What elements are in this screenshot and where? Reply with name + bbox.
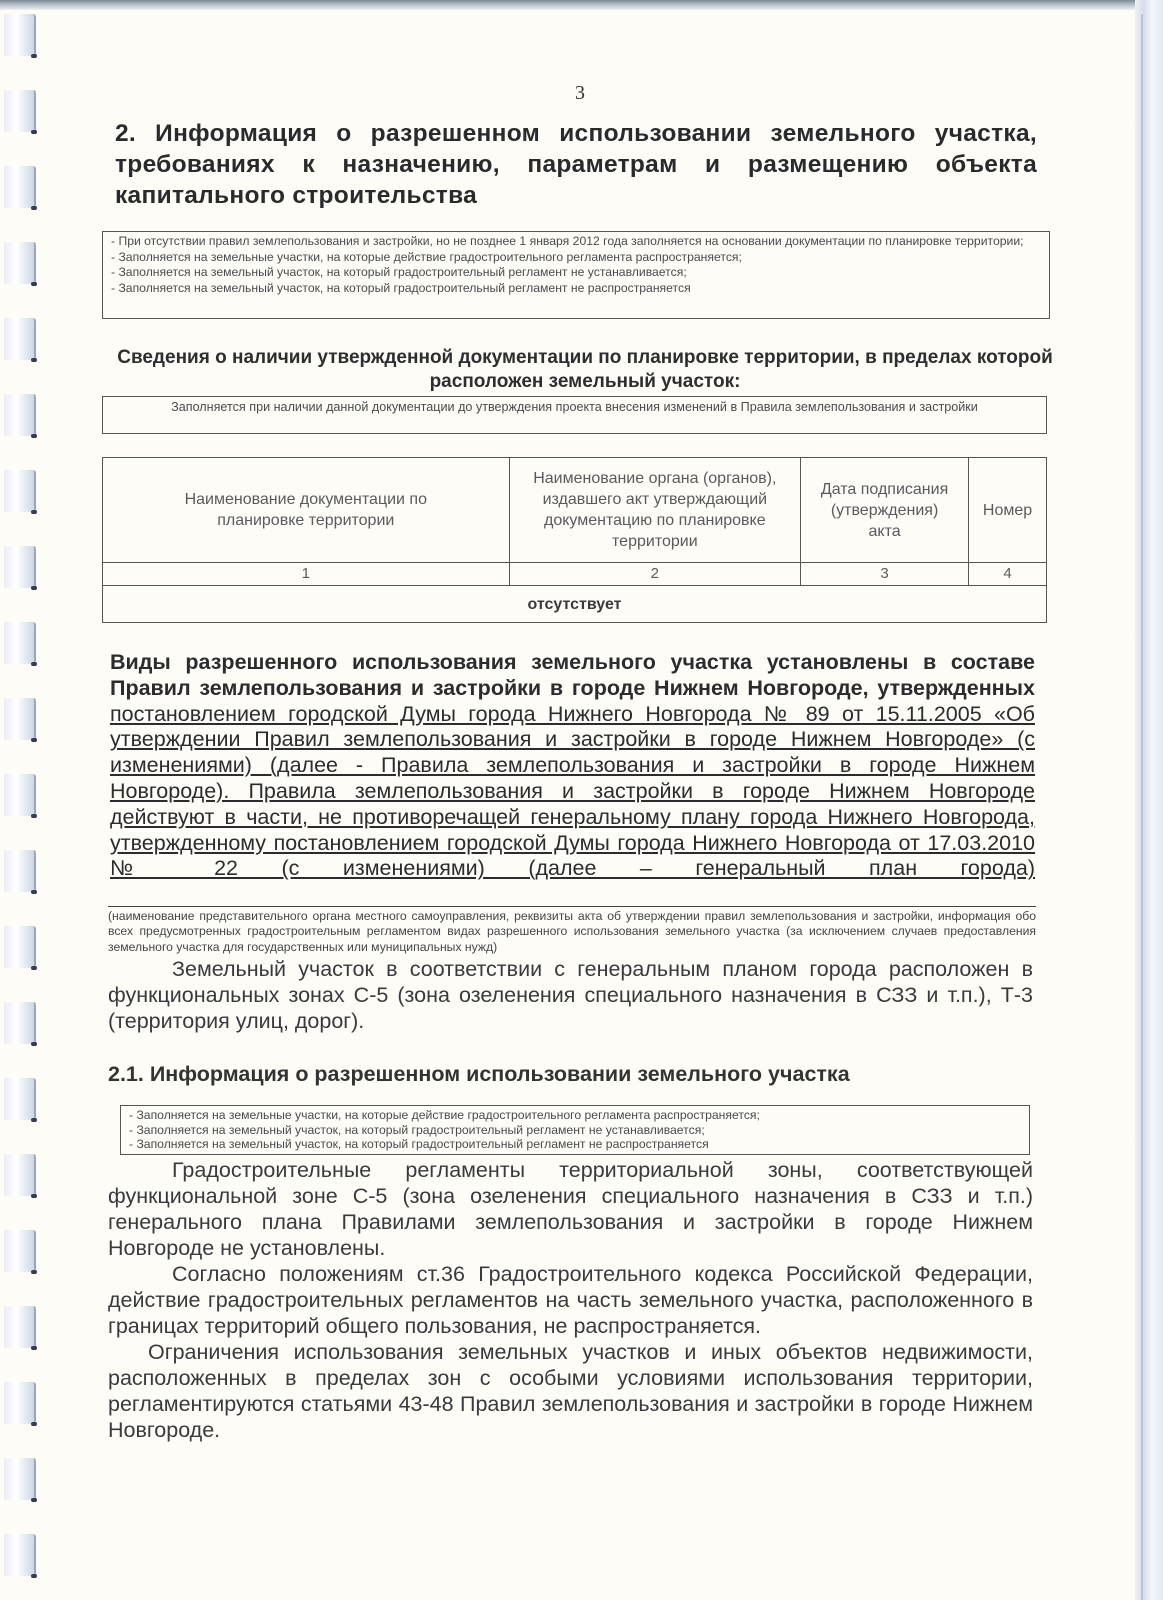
binder-ring — [4, 1534, 36, 1576]
zones-paragraph: Земельный участок в соответствии с генер… — [108, 956, 1033, 1034]
binder-ring — [4, 394, 36, 436]
binder-rings — [4, 0, 38, 1600]
permitted-use-paragraph: Виды разрешенного использования земельно… — [110, 650, 1035, 882]
page-number: 3 — [560, 82, 600, 105]
section-2-1-heading: 2.1. Информация о разрешенном использова… — [108, 1062, 1008, 1087]
table-value: отсутствует — [103, 586, 1047, 623]
table-header-row: Наименование документации по планировке … — [103, 458, 1047, 563]
scan-right-edge — [1135, 0, 1163, 1600]
permitted-use-legal-reference: постановлением городской Думы города Ниж… — [110, 702, 1035, 881]
column-header: Наименование органа (органов), издавшего… — [509, 458, 801, 563]
article-36-paragraph: Согласно положениям ст.36 Градостроитель… — [108, 1261, 1033, 1339]
note-box-1: - При отсутствии правил землепользования… — [102, 231, 1050, 319]
binder-ring — [4, 166, 36, 208]
binder-ring — [4, 1458, 36, 1500]
restrictions-paragraph: Ограничения использования земельных учас… — [108, 1339, 1033, 1443]
scan-top-edge — [0, 0, 1135, 10]
note-line: - Заполняется на земельный участок, на к… — [111, 281, 1041, 297]
column-header: Номер — [969, 458, 1047, 563]
table-number-row: 1 2 3 4 — [103, 563, 1047, 586]
column-header: Наименование документации по планировке … — [103, 458, 510, 563]
note-line: - Заполняется на земельный участок, на к… — [129, 1123, 1021, 1138]
column-number: 2 — [509, 563, 801, 586]
binder-ring — [4, 1154, 36, 1196]
column-number: 4 — [969, 563, 1047, 586]
note-line: - При отсутствии правил землепользования… — [111, 234, 1041, 250]
binder-ring — [4, 1078, 36, 1120]
planning-docs-table: Наименование документации по планировке … — [102, 457, 1047, 623]
section-heading: 2. Информация о разрешенном использовани… — [115, 118, 1037, 211]
binder-ring — [4, 622, 36, 664]
binder-ring — [4, 774, 36, 816]
binder-ring — [4, 850, 36, 892]
binder-ring — [4, 1382, 36, 1424]
note-line: - Заполняется на земельный участок, на к… — [111, 265, 1041, 281]
binder-ring — [4, 1306, 36, 1348]
binder-ring — [4, 926, 36, 968]
binder-ring — [4, 698, 36, 740]
column-number: 3 — [801, 563, 969, 586]
column-header: Дата подписания (утверждения) акта — [801, 458, 969, 563]
note-line: - Заполняется на земельные участки, на к… — [111, 250, 1041, 266]
binder-ring — [4, 318, 36, 360]
binder-ring — [4, 90, 36, 132]
note-line: - Заполняется на земельный участок, на к… — [129, 1137, 1021, 1152]
binder-ring — [4, 242, 36, 284]
note-box-2-1: - Заполняется на земельные участки, на к… — [120, 1105, 1030, 1155]
binder-ring — [4, 1002, 36, 1044]
note-line: Заполняется при наличии данной документа… — [111, 399, 1038, 415]
regulations-paragraph: Градостроительные регламенты территориал… — [108, 1157, 1033, 1261]
planning-docs-heading: Сведения о наличии утвержденной документ… — [110, 346, 1060, 394]
binder-ring — [4, 546, 36, 588]
binder-ring — [4, 1230, 36, 1272]
table-row: отсутствует — [103, 586, 1047, 623]
permitted-use-caption: (наименование представительного органа м… — [108, 906, 1036, 955]
planning-docs-note: Заполняется при наличии данной документа… — [102, 396, 1047, 434]
binder-ring — [4, 14, 36, 56]
binder-ring — [4, 470, 36, 512]
column-number: 1 — [103, 563, 510, 586]
note-line: - Заполняется на земельные участки, на к… — [129, 1108, 1021, 1123]
permitted-use-lead: Виды разрешенного использования земельно… — [110, 650, 1035, 700]
